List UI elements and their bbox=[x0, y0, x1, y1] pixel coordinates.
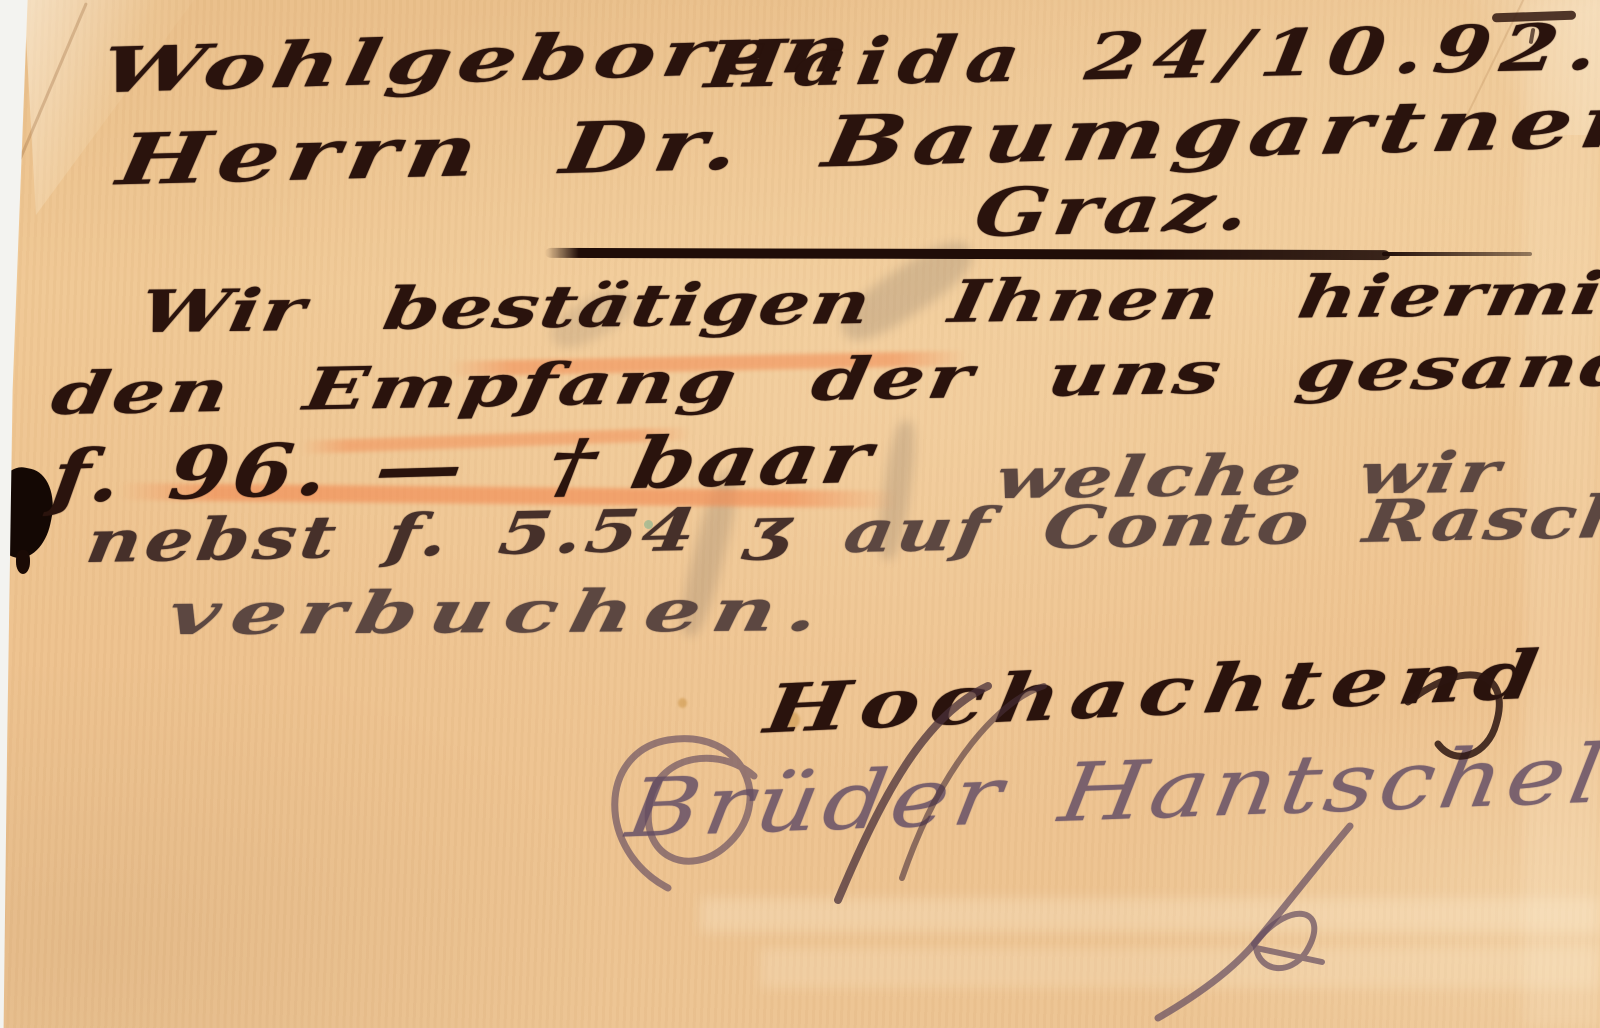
paper-light-band bbox=[700, 898, 1600, 932]
paper-light-band bbox=[760, 948, 1600, 988]
closing-line: Hochachtend bbox=[760, 635, 1554, 749]
scanned-postcard: Wohlgeboren Haida 24/10.92. Herrn Dr. Ba… bbox=[0, 0, 1600, 1028]
body-line-4-right: auf Conto Raschka bbox=[840, 480, 1600, 566]
amount-note: † baar bbox=[541, 415, 880, 507]
paper-card: Wohlgeboren Haida 24/10.92. Herrn Dr. Ba… bbox=[0, 0, 1600, 1028]
body-line-5: verbuchen. bbox=[163, 576, 837, 648]
body-line-4-left: nebst f. 5.54 ʒ bbox=[82, 494, 799, 576]
address-underline-rule bbox=[545, 248, 1390, 260]
ink-blot-drip bbox=[16, 550, 30, 574]
foxing-spot bbox=[678, 698, 687, 708]
address-underline-rule-tail bbox=[1382, 252, 1532, 256]
city-line: Graz. bbox=[969, 167, 1260, 253]
body-line-1: Wir bestätigen Ihnen hiermit bbox=[134, 259, 1600, 346]
